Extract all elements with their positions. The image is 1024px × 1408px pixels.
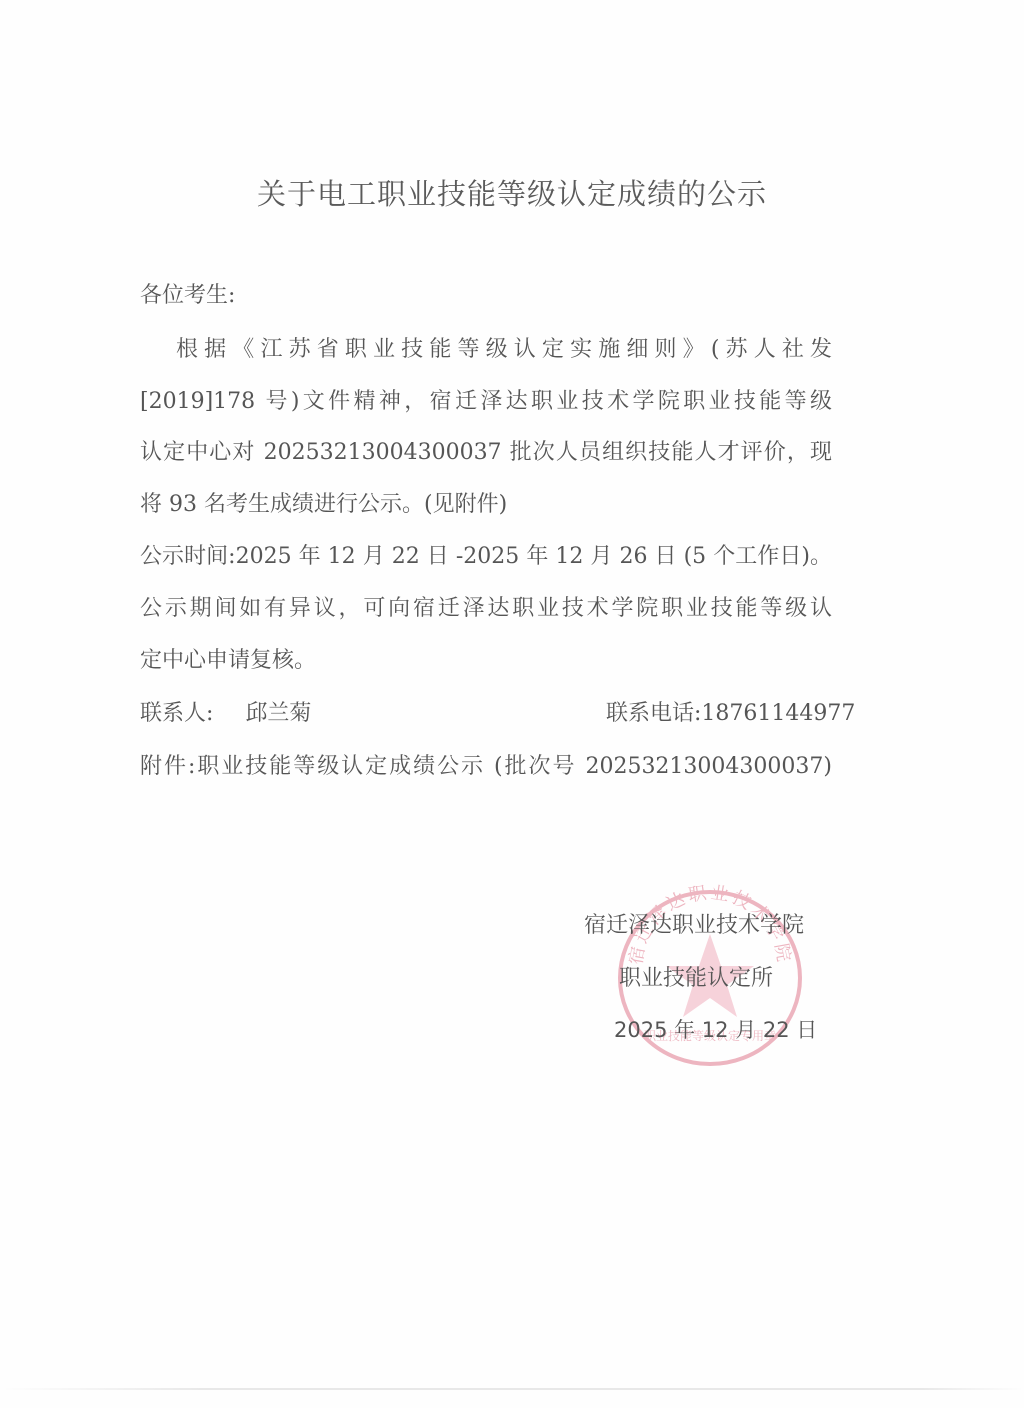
salutation: 各位考生:: [140, 281, 235, 311]
contact-row: 联系人: 邱兰菊 联系电话:18761144977: [140, 699, 840, 729]
body-line-4: 将 93 名考生成绩进行公示。(见附件): [140, 490, 507, 520]
document-title: 关于电工职业技能等级认定成绩的公示: [0, 172, 1024, 213]
signature-date: 2025 年 12 月 22 日: [614, 1014, 817, 1044]
scan-edge-divider: [0, 1388, 1024, 1390]
body-line-2: [2019]178 号)文件精神，宿迁泽达职业技术学院职业技能等级: [140, 387, 832, 417]
objection-line-2: 定中心申请复核。: [140, 646, 316, 676]
signature-organization: 宿迁泽达职业技术学院: [584, 908, 804, 939]
attachment-line: 附件:职业技能等级认定成绩公示 (批次号 20253213004300037): [140, 752, 832, 782]
document-page: 关于电工职业技能等级认定成绩的公示 各位考生: 根据《江苏省职业技能等级认定实施…: [0, 0, 1024, 1408]
contact-person-label: 联系人:: [140, 701, 213, 726]
body-line-1: 根据《江苏省职业技能等级认定实施细则》(苏人社发: [140, 335, 832, 365]
contact-person-name: 邱兰菊: [245, 701, 311, 726]
publicity-period: 公示时间:2025 年 12 月 22 日 -2025 年 12 月 26 日 …: [140, 542, 832, 572]
body-line-3: 认定中心对 20253213004300037 批次人员组织技能人才评价，现: [140, 438, 832, 468]
contact-phone-label: 联系电话:: [606, 701, 701, 726]
contact-phone-group: 联系电话:18761144977: [606, 699, 855, 729]
signature-department: 职业技能认定所: [619, 961, 773, 992]
objection-line-1: 公示期间如有异议，可向宿迁泽达职业技术学院职业技能等级认: [140, 594, 832, 624]
contact-phone-number: 18761144977: [701, 701, 855, 726]
